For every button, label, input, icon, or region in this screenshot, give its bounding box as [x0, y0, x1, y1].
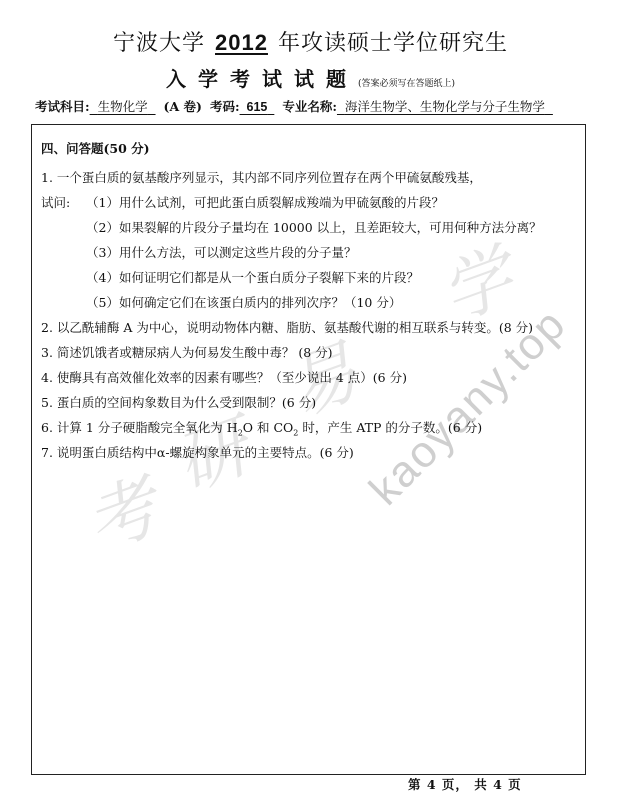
- major-label: 专业名称:: [282, 99, 337, 114]
- paper-version: (A 卷): [164, 99, 202, 114]
- subtitle-note: (答案必须写在答题纸上): [358, 79, 455, 89]
- exam-meta: 考试科目: 生物化学 (A 卷)考码: 615 专业名称: 海洋生物学、生物化学…: [35, 97, 553, 115]
- question-4: 4. 使酶具有高效催化效率的因素有哪些？（至少说出 4 点）(6 分): [41, 368, 407, 386]
- subject-label: 考试科目:: [35, 99, 90, 114]
- question-1-sub-5: （5）如何确定它们在该蛋白质内的排列次序？（10 分）: [86, 293, 401, 311]
- question-6: 6. 计算 1 分子硬脂酸完全氧化为 H2O 和 CO2 时，产生 ATP 的分…: [41, 418, 482, 438]
- code-label: 考码:: [210, 99, 240, 114]
- subtitle-text: 入学考试试题: [166, 67, 358, 91]
- major-value: 海洋生物学、生物化学与分子生物学: [337, 99, 553, 114]
- title-rest: 年攻读硕士学位研究生: [278, 31, 508, 56]
- question-3: 3. 简述饥饿者或糖尿病人为何易发生酸中毒？ (8 分): [41, 343, 333, 361]
- question-5: 5. 蛋白质的空间构象数目为什么受到限制？(6 分): [41, 393, 316, 411]
- question-2: 2. 以乙酰辅酶 A 为中心，说明动物体内糖、脂肪、氨基酸代谢的相互联系与转变。…: [41, 318, 533, 336]
- question-1-intro: 1. 一个蛋白质的氨基酸序列显示，其内部不同序列位置存在两个甲硫氨酸残基，: [41, 168, 482, 186]
- exam-subtitle: 入学考试试题(答案必须写在答题纸上): [0, 63, 621, 92]
- question-box: 四、问答题(50 分) 1. 一个蛋白质的氨基酸序列显示，其内部不同序列位置存在…: [31, 124, 586, 775]
- exam-year: 2012: [205, 30, 278, 55]
- university-name: 宁波大学: [113, 31, 205, 56]
- subject-value: 生物化学: [90, 99, 156, 114]
- question-7: 7. 说明蛋白质结构中α-螺旋构象单元的主要特点。(6 分): [41, 443, 354, 461]
- question-1-ask-label: 试问:: [41, 193, 70, 211]
- question-1-sub-3: （3）用什么方法，可以测定这些片段的分子量？: [86, 243, 356, 261]
- section-title: 四、问答题(50 分): [41, 139, 150, 157]
- code-value: 615: [240, 100, 275, 114]
- question-1-sub-1: （1）用什么试剂，可把此蛋白质裂解成羧端为甲硫氨酸的片段？: [86, 193, 444, 211]
- question-1-sub-2: （2）如果裂解的片段分子量均在 10000 以上，且差距较大，可用何种方法分离？: [86, 218, 542, 236]
- question-1-sub-4: （4）如何证明它们都是从一个蛋白质分子裂解下来的片段？: [86, 268, 419, 286]
- exam-title: 宁波大学2012年攻读硕士学位研究生: [0, 26, 621, 57]
- page-number: 第 4 页， 共 4 页: [408, 775, 522, 793]
